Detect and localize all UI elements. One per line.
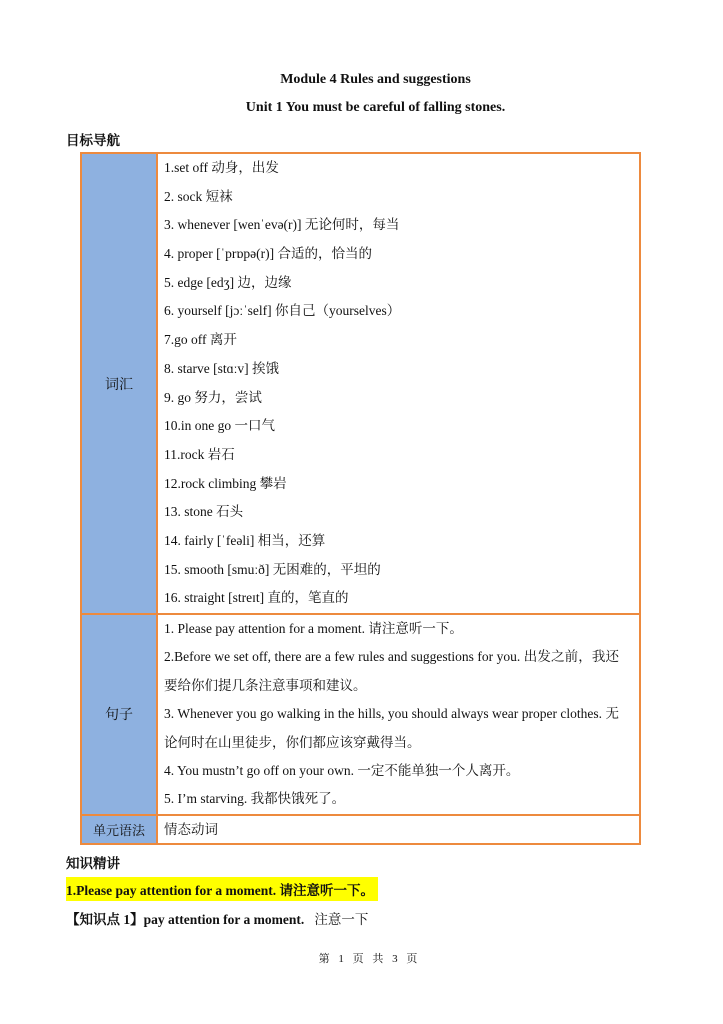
- section-heading-knowledge: 知识精讲: [66, 852, 120, 872]
- knowledge-point: 【知识点 1】pay attention for a moment. 注意一下: [66, 908, 368, 928]
- module-title: Module 4 Rules and suggestions: [14, 72, 723, 88]
- sentences-row: 句子 1. Please pay attention for a moment.…: [81, 614, 640, 815]
- vocab-item: 6. yourself [jɔːˈself] 你自己（yourselves）: [164, 297, 639, 326]
- knowledge-point-phrase: pay attention for a moment.: [144, 912, 305, 927]
- vocab-label: 词汇: [81, 153, 157, 614]
- grammar-label: 单元语法: [81, 815, 157, 844]
- sentences-label: 句子: [81, 614, 157, 815]
- section-heading-nav: 目标导航: [66, 129, 120, 149]
- highlighted-sentence: 1.Please pay attention for a moment. 请注意…: [66, 877, 378, 901]
- vocab-row: 词汇 1.set off 动身，出发 2. sock 短袜 3. wheneve…: [81, 153, 640, 614]
- vocab-item: 10.in one go 一口气: [164, 412, 639, 441]
- vocab-item: 3. whenever [wenˈevə(r)] 无论何时，每当: [164, 211, 639, 240]
- vocab-item: 15. smooth [smuːð] 无困难的，平坦的: [164, 556, 639, 585]
- sentences-list: 1. Please pay attention for a moment. 请注…: [157, 614, 640, 815]
- sentence-item: 4. You mustn’t go off on your own. 一定不能单…: [164, 757, 639, 785]
- vocab-item: 7.go off 离开: [164, 326, 639, 355]
- vocab-list: 1.set off 动身，出发 2. sock 短袜 3. whenever […: [157, 153, 640, 614]
- vocab-item: 4. proper [ˈprɒpə(r)] 合适的，恰当的: [164, 240, 639, 269]
- page-number: 第 1 页 共 3 页: [8, 950, 723, 966]
- goal-navigation-table: 词汇 1.set off 动身，出发 2. sock 短袜 3. wheneve…: [80, 152, 641, 845]
- knowledge-point-meaning: 注意一下: [314, 912, 368, 927]
- vocab-item: 13. stone 石头: [164, 498, 639, 527]
- grammar-cell: 情态动词: [157, 815, 640, 844]
- vocab-item: 9. go 努力，尝试: [164, 384, 639, 413]
- vocab-item: 14. fairly [ˈfeəli] 相当，还算: [164, 527, 639, 556]
- sentence-item: 3. Whenever you go walking in the hills,…: [164, 700, 639, 757]
- vocab-item: 8. starve [stɑːv] 挨饿: [164, 355, 639, 384]
- unit-title: Unit 1 You must be careful of falling st…: [14, 100, 723, 116]
- vocab-item: 12.rock climbing 攀岩: [164, 470, 639, 499]
- sentence-item: 2.Before we set off, there are a few rul…: [164, 643, 639, 700]
- sentence-item: 1. Please pay attention for a moment. 请注…: [164, 615, 639, 643]
- vocab-item: 11.rock 岩石: [164, 441, 639, 470]
- vocab-item: 16. straight [streɪt] 直的，笔直的: [164, 584, 639, 613]
- sentence-item: 5. I’m starving. 我都快饿死了。: [164, 785, 639, 813]
- grammar-value: 情态动词: [164, 816, 639, 843]
- grammar-row: 单元语法 情态动词: [81, 815, 640, 844]
- vocab-item: 1.set off 动身，出发: [164, 154, 639, 183]
- vocab-item: 2. sock 短袜: [164, 183, 639, 212]
- vocab-item: 5. edge [edʒ] 边，边缘: [164, 269, 639, 298]
- knowledge-point-tag: 【知识点 1】: [66, 912, 144, 927]
